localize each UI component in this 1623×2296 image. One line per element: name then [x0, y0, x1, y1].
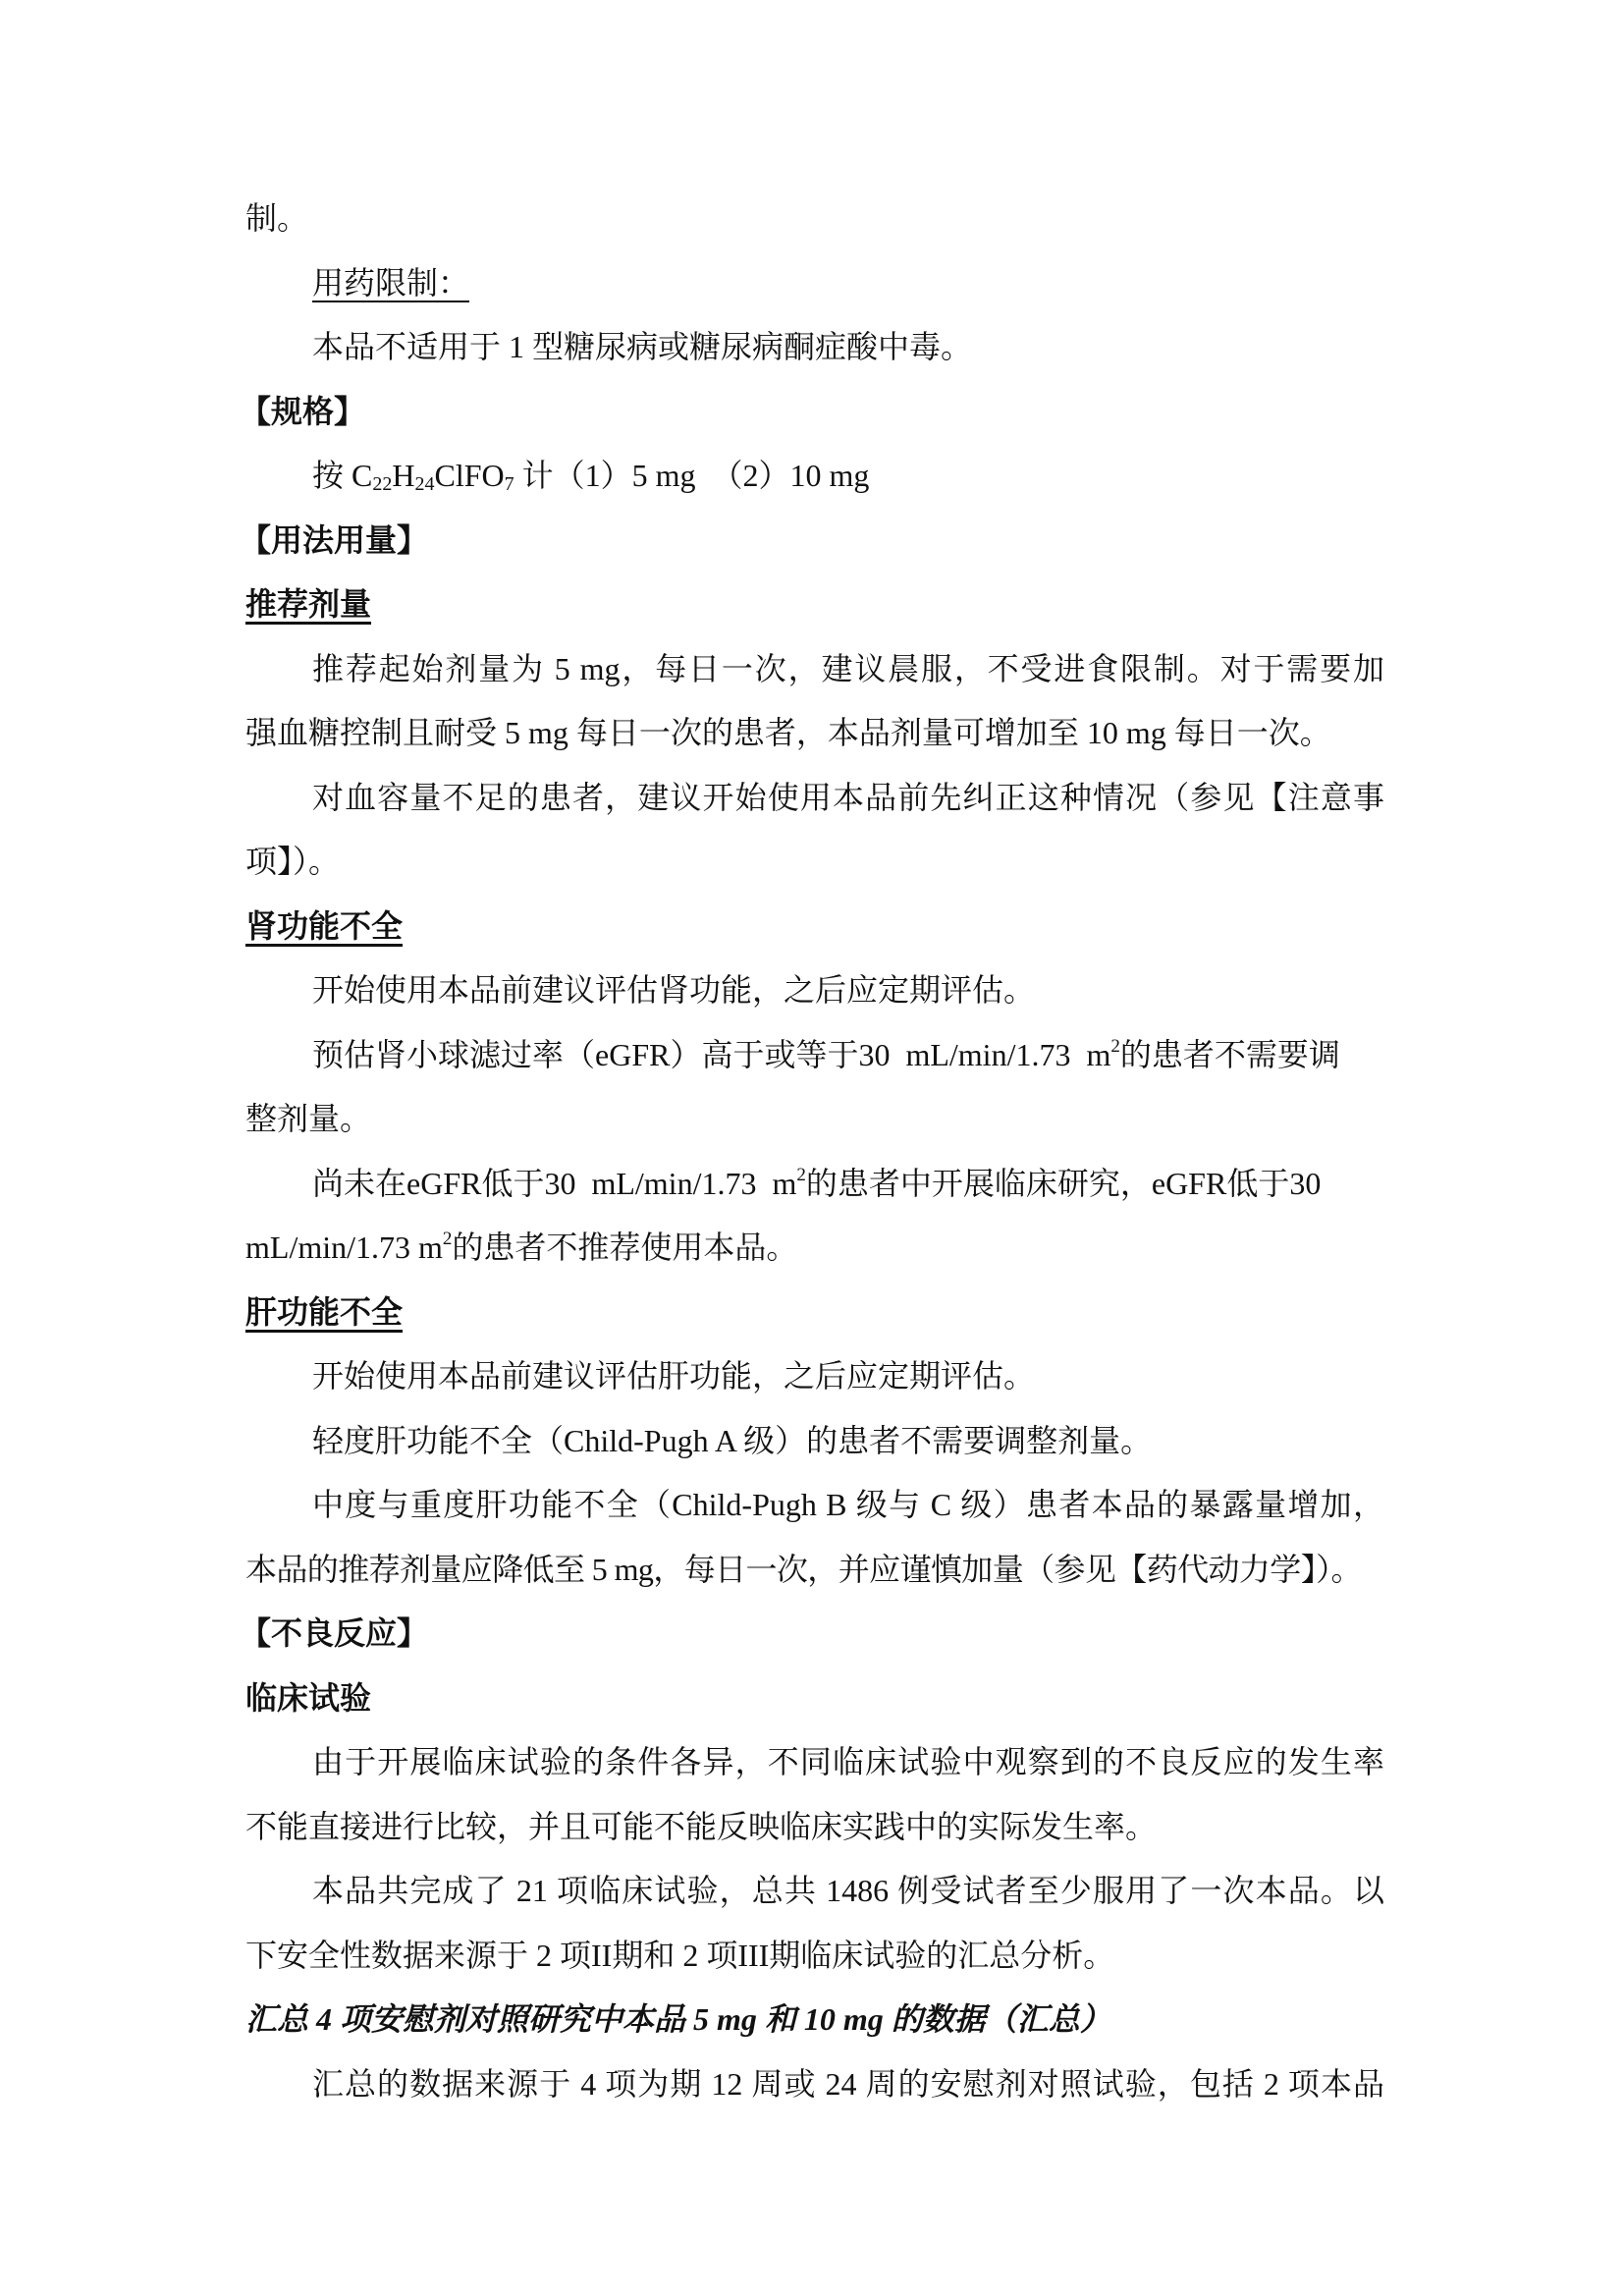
superscript: 2 — [443, 1229, 453, 1249]
usage-restriction-label: 用药限制： — [245, 251, 1384, 316]
usage-restriction-label-text: 用药限制： — [312, 265, 469, 301]
renal-egfr-text-end: 的患者不需要调 — [1120, 1037, 1340, 1072]
subheading-hepatic-impairment-text: 肝功能不全 — [245, 1294, 403, 1330]
renal-egfr-line: 整剂量。 — [245, 1087, 1384, 1152]
hepatic-mild-line: 轻度肝功能不全（Child-Pugh A 级）的患者不需要调整剂量。 — [245, 1409, 1384, 1474]
renal-paragraph-line: 开始使用本品前建议评估肾功能，之后应定期评估。 — [245, 958, 1384, 1023]
hepatic-moderate-line: 本品的推荐剂量应降低至 5 mg，每日一次，并应谨慎加量（参见【药代动力学】）。 — [245, 1538, 1384, 1603]
section-title-specification: 【规格】 — [240, 380, 1384, 445]
section-title-dosage: 【用法用量】 — [240, 509, 1384, 574]
subheading-renal-impairment-text: 肾功能不全 — [245, 908, 403, 944]
clinical-trials-line: 由于开展临床试验的条件各异，不同临床试验中观察到的不良反应的发生率 — [245, 1730, 1384, 1795]
clinical-trials-line: 不能直接进行比较，并且可能不能反映临床实践中的实际发生率。 — [245, 1795, 1384, 1860]
pooled-data-heading: 汇总 4 项安慰剂对照研究中本品 5 mg 和 10 mg 的数据（汇总） — [245, 1988, 1384, 2052]
renal-not-recommended-line: mL/min/1.73 m2的患者不推荐使用本品。 — [245, 1216, 1384, 1281]
specification-text: 按 C22H24ClFO7 计（1）5 mg （2）10 mg — [245, 444, 1384, 509]
section-title-adverse-reactions: 【不良反应】 — [240, 1602, 1384, 1667]
dose-paragraph-line: 推荐起始剂量为 5 mg，每日一次，建议晨服，不受进食限制。对于需要加 — [245, 637, 1384, 702]
subheading-renal-impairment: 肾功能不全 — [245, 895, 1384, 959]
subheading-recommended-dose-text: 推荐剂量 — [245, 586, 371, 622]
usage-restriction-text: 本品不适用于 1 型糖尿病或糖尿病酮症酸中毒。 — [245, 315, 1384, 380]
clinical-trials-count-line: 本品共完成了 21 项临床试验，总共 1486 例受试者至少服用了一次本品。以 — [245, 1859, 1384, 1924]
subheading-recommended-dose: 推荐剂量 — [245, 573, 1384, 637]
renal-not-studied-text: 尚未在eGFR低于30 mL/min/1.73 m — [312, 1166, 796, 1201]
spec-doses: 计（1）5 mg （2）10 mg — [514, 458, 870, 493]
subheading-clinical-trials: 临床试验 — [245, 1667, 1384, 1731]
formula-h: H — [392, 458, 414, 493]
spec-prefix: 按 C — [312, 458, 372, 493]
renal-not-studied-line: 尚未在eGFR低于30 mL/min/1.73 m2的患者中开展临床研究，eGF… — [245, 1152, 1384, 1217]
document-page: 制。 用药限制： 本品不适用于 1 型糖尿病或糖尿病酮症酸中毒。 【规格】 按 … — [245, 187, 1384, 2116]
superscript: 2 — [796, 1165, 806, 1185]
clinical-trials-count-line: 下安全性数据来源于 2 项II期和 2 项III期临床试验的汇总分析。 — [245, 1924, 1384, 1989]
formula-sub-c: 22 — [372, 473, 392, 495]
dose-paragraph-line: 强血糖控制且耐受 5 mg 每日一次的患者，本品剂量可增加至 10 mg 每日一… — [245, 701, 1384, 766]
hepatic-paragraph-line: 开始使用本品前建议评估肝功能，之后应定期评估。 — [245, 1344, 1384, 1409]
volume-depletion-line: 项】）。 — [245, 830, 1384, 895]
volume-depletion-line: 对血容量不足的患者，建议开始使用本品前先纠正这种情况（参见【注意事 — [245, 766, 1384, 831]
renal-egfr-line: 预估肾小球滤过率（eGFR）高于或等于30 mL/min/1.73 m2的患者不… — [245, 1023, 1384, 1088]
renal-egfr-text: 预估肾小球滤过率（eGFR）高于或等于30 mL/min/1.73 m — [312, 1037, 1110, 1072]
pooled-data-line: 汇总的数据来源于 4 项为期 12 周或 24 周的安慰剂对照试验，包括 2 项… — [245, 2052, 1384, 2117]
renal-not-studied-text-end: 的患者中开展临床研究，eGFR低于30 — [806, 1166, 1321, 1201]
superscript: 2 — [1110, 1036, 1120, 1057]
renal-not-recommended-text-end: 的患者不推荐使用本品。 — [452, 1230, 797, 1265]
formula-clfo: ClFO — [434, 458, 504, 493]
formula-sub-o: 7 — [505, 473, 514, 495]
renal-not-recommended-text: mL/min/1.73 m — [245, 1230, 443, 1265]
paragraph-continuation: 制。 — [245, 187, 1384, 251]
hepatic-moderate-line: 中度与重度肝功能不全（Child-Pugh B 级与 C 级）患者本品的暴露量增… — [245, 1473, 1384, 1538]
subheading-hepatic-impairment: 肝功能不全 — [245, 1281, 1384, 1345]
formula-sub-h: 24 — [414, 473, 434, 495]
